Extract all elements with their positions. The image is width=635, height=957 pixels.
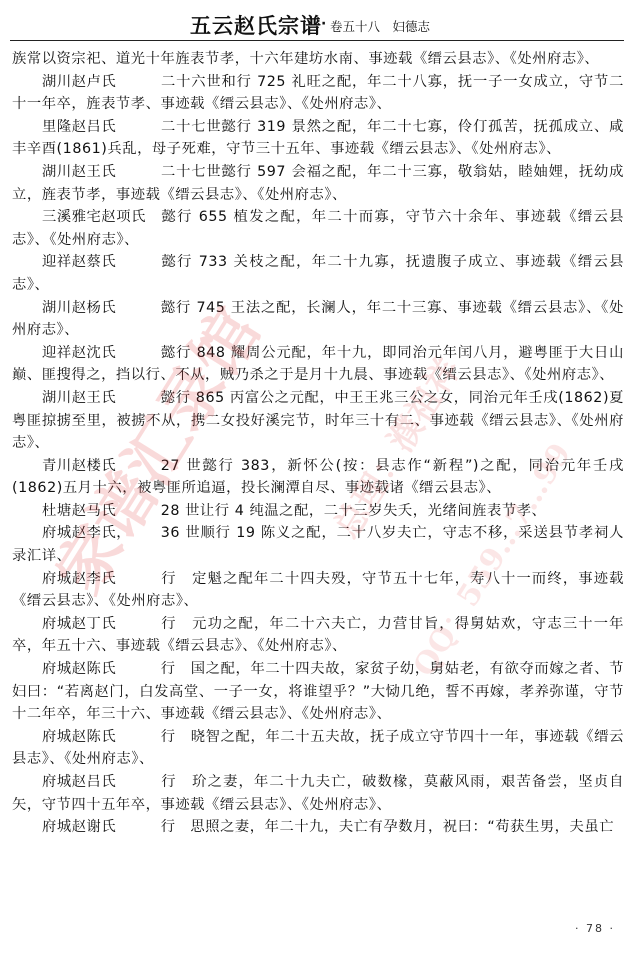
- entry-name: 三溪雅宅赵项氏: [42, 206, 161, 229]
- biography-entry: 迎祥赵沈氏懿行 848 耀周公元配，年十九，即同治元年闰八月，避粤匪于大日山巅、…: [12, 342, 624, 387]
- biography-entry: 府城赵陈氏行 国之配，年二十四夫故，家贫子幼，舅姑老，有欲夺而嫁之者、节妇曰：“…: [12, 658, 624, 726]
- biography-entry: 湖川赵王氏二十七世懿行 597 会福之配，年二十三寡，敬翁姑，睦妯娌，抚幼成立，…: [12, 161, 624, 206]
- biography-entry: 迎祥赵蔡氏懿行 733 关枝之配，年二十九寡，抚遗腹子成立、事迹载《缙云县志》、: [12, 251, 624, 296]
- entry-name: 府城赵陈氏: [42, 658, 161, 681]
- continuation-paragraph: 族常以资宗祀、道光十年旌表节孝，十六年建坊水南、事迹载《缙云县志》、《处州府志》…: [12, 48, 624, 71]
- entry-name: 迎祥赵蔡氏: [42, 251, 161, 274]
- entry-list: 湖川赵卢氏二十六世和行 725 礼旺之配，年二十八寡，抚一子一女成立，守节二十一…: [12, 71, 624, 839]
- biography-entry: 湖川赵杨氏懿行 745 王法之配，长澜人，年二十三寡、事迹载《缙云县志》、《处州…: [12, 297, 624, 342]
- entry-name: 杜塘赵马氏: [42, 500, 161, 523]
- entry-name: 湖川赵卢氏: [42, 71, 161, 94]
- biography-entry: 府城赵陈氏行 晓智之配，年二十五夫故，抚子成立守节四十一年，事迹载《缙云县志》、…: [12, 726, 624, 771]
- page-header: 五云赵氏宗谱 · 卷五十八 妇德志: [0, 0, 635, 40]
- entry-name: 迎祥赵沈氏: [42, 342, 161, 365]
- page-number: · 78 ·: [575, 922, 615, 935]
- entry-name: 湖川赵杨氏: [42, 297, 161, 320]
- biography-entry: 青川赵楼氏27 世懿行 383，新怀公(按：县志作“新程”)之配，同治元年壬戌(…: [12, 455, 624, 500]
- entry-name: 府城赵吕氏: [42, 771, 161, 794]
- book-title: 五云赵氏宗谱: [190, 10, 322, 40]
- entry-name: 青川赵楼氏: [42, 455, 161, 478]
- entry-name: 府城赵李氏: [42, 568, 161, 591]
- biography-entry: 府城赵李氏，36 世顺行 19 陈义之配，二十八岁夫亡，守志不移，采送县节孝祠人…: [12, 522, 624, 567]
- document-body: 族常以资宗祀、道光十年旌表节孝，十六年建坊水南、事迹载《缙云县志》、《处州府志》…: [12, 48, 624, 839]
- entry-name: 湖川赵王氏: [42, 387, 161, 410]
- biography-entry: 府城赵谢氏行 思照之妻，年二十九，夫亡有孕数月，祝曰：“苟获生男，夫虽亡: [12, 816, 624, 839]
- entry-text: 行 思照之妻，年二十九，夫亡有孕数月，祝曰：“苟获生男，夫虽亡: [161, 819, 614, 835]
- biography-entry: 三溪雅宅赵项氏懿行 655 植发之配，年二十而寡，守节六十余年、事迹载《缙云县志…: [12, 206, 624, 251]
- chapter-subtitle: 卷五十八 妇德志: [330, 17, 430, 35]
- entry-name: 湖川赵王氏: [42, 161, 161, 184]
- entry-name: 里隆赵吕氏: [42, 116, 161, 139]
- biography-entry: 府城赵吕氏行 玠之妻，年二十九夫亡，破数椽，莫蔽风雨，艰苦备尝，坚贞自矢，守节四…: [12, 771, 624, 816]
- biography-entry: 湖川赵卢氏二十六世和行 725 礼旺之配，年二十八寡，抚一子一女成立，守节二十一…: [12, 71, 624, 116]
- entry-name: 府城赵陈氏: [42, 726, 161, 749]
- biography-entry: 里隆赵吕氏二十七世懿行 319 景然之配，年二十七寡，伶仃孤苦，抚孤成立、咸丰辛…: [12, 116, 624, 161]
- entry-name: 府城赵丁氏: [42, 613, 161, 636]
- title-separator: ·: [321, 16, 326, 32]
- biography-entry: 府城赵丁氏行 元功之配，年二十六夫亡，力营甘旨，得舅姑欢，守志三十一年卒，年五十…: [12, 613, 624, 658]
- biography-entry: 湖川赵王氏懿行 865 丙富公之元配，中王王兆三公之女，同治元年壬戌(1862)…: [12, 387, 624, 455]
- header-rule: [10, 40, 624, 41]
- biography-entry: 府城赵李氏行 定魁之配年二十四夫殁，守节五十七年，寿八十一而终，事迹载《缙云县志…: [12, 568, 624, 613]
- entry-name: 府城赵谢氏: [42, 816, 161, 839]
- biography-entry: 杜塘赵马氏28 世让行 4 纯温之配，二十三岁失夭，光绪间旌表节孝、: [12, 500, 624, 523]
- entry-name: 府城赵李氏，: [42, 522, 161, 545]
- entry-text: 28 世让行 4 纯温之配，二十三岁失夭，光绪间旌表节孝、: [161, 503, 547, 519]
